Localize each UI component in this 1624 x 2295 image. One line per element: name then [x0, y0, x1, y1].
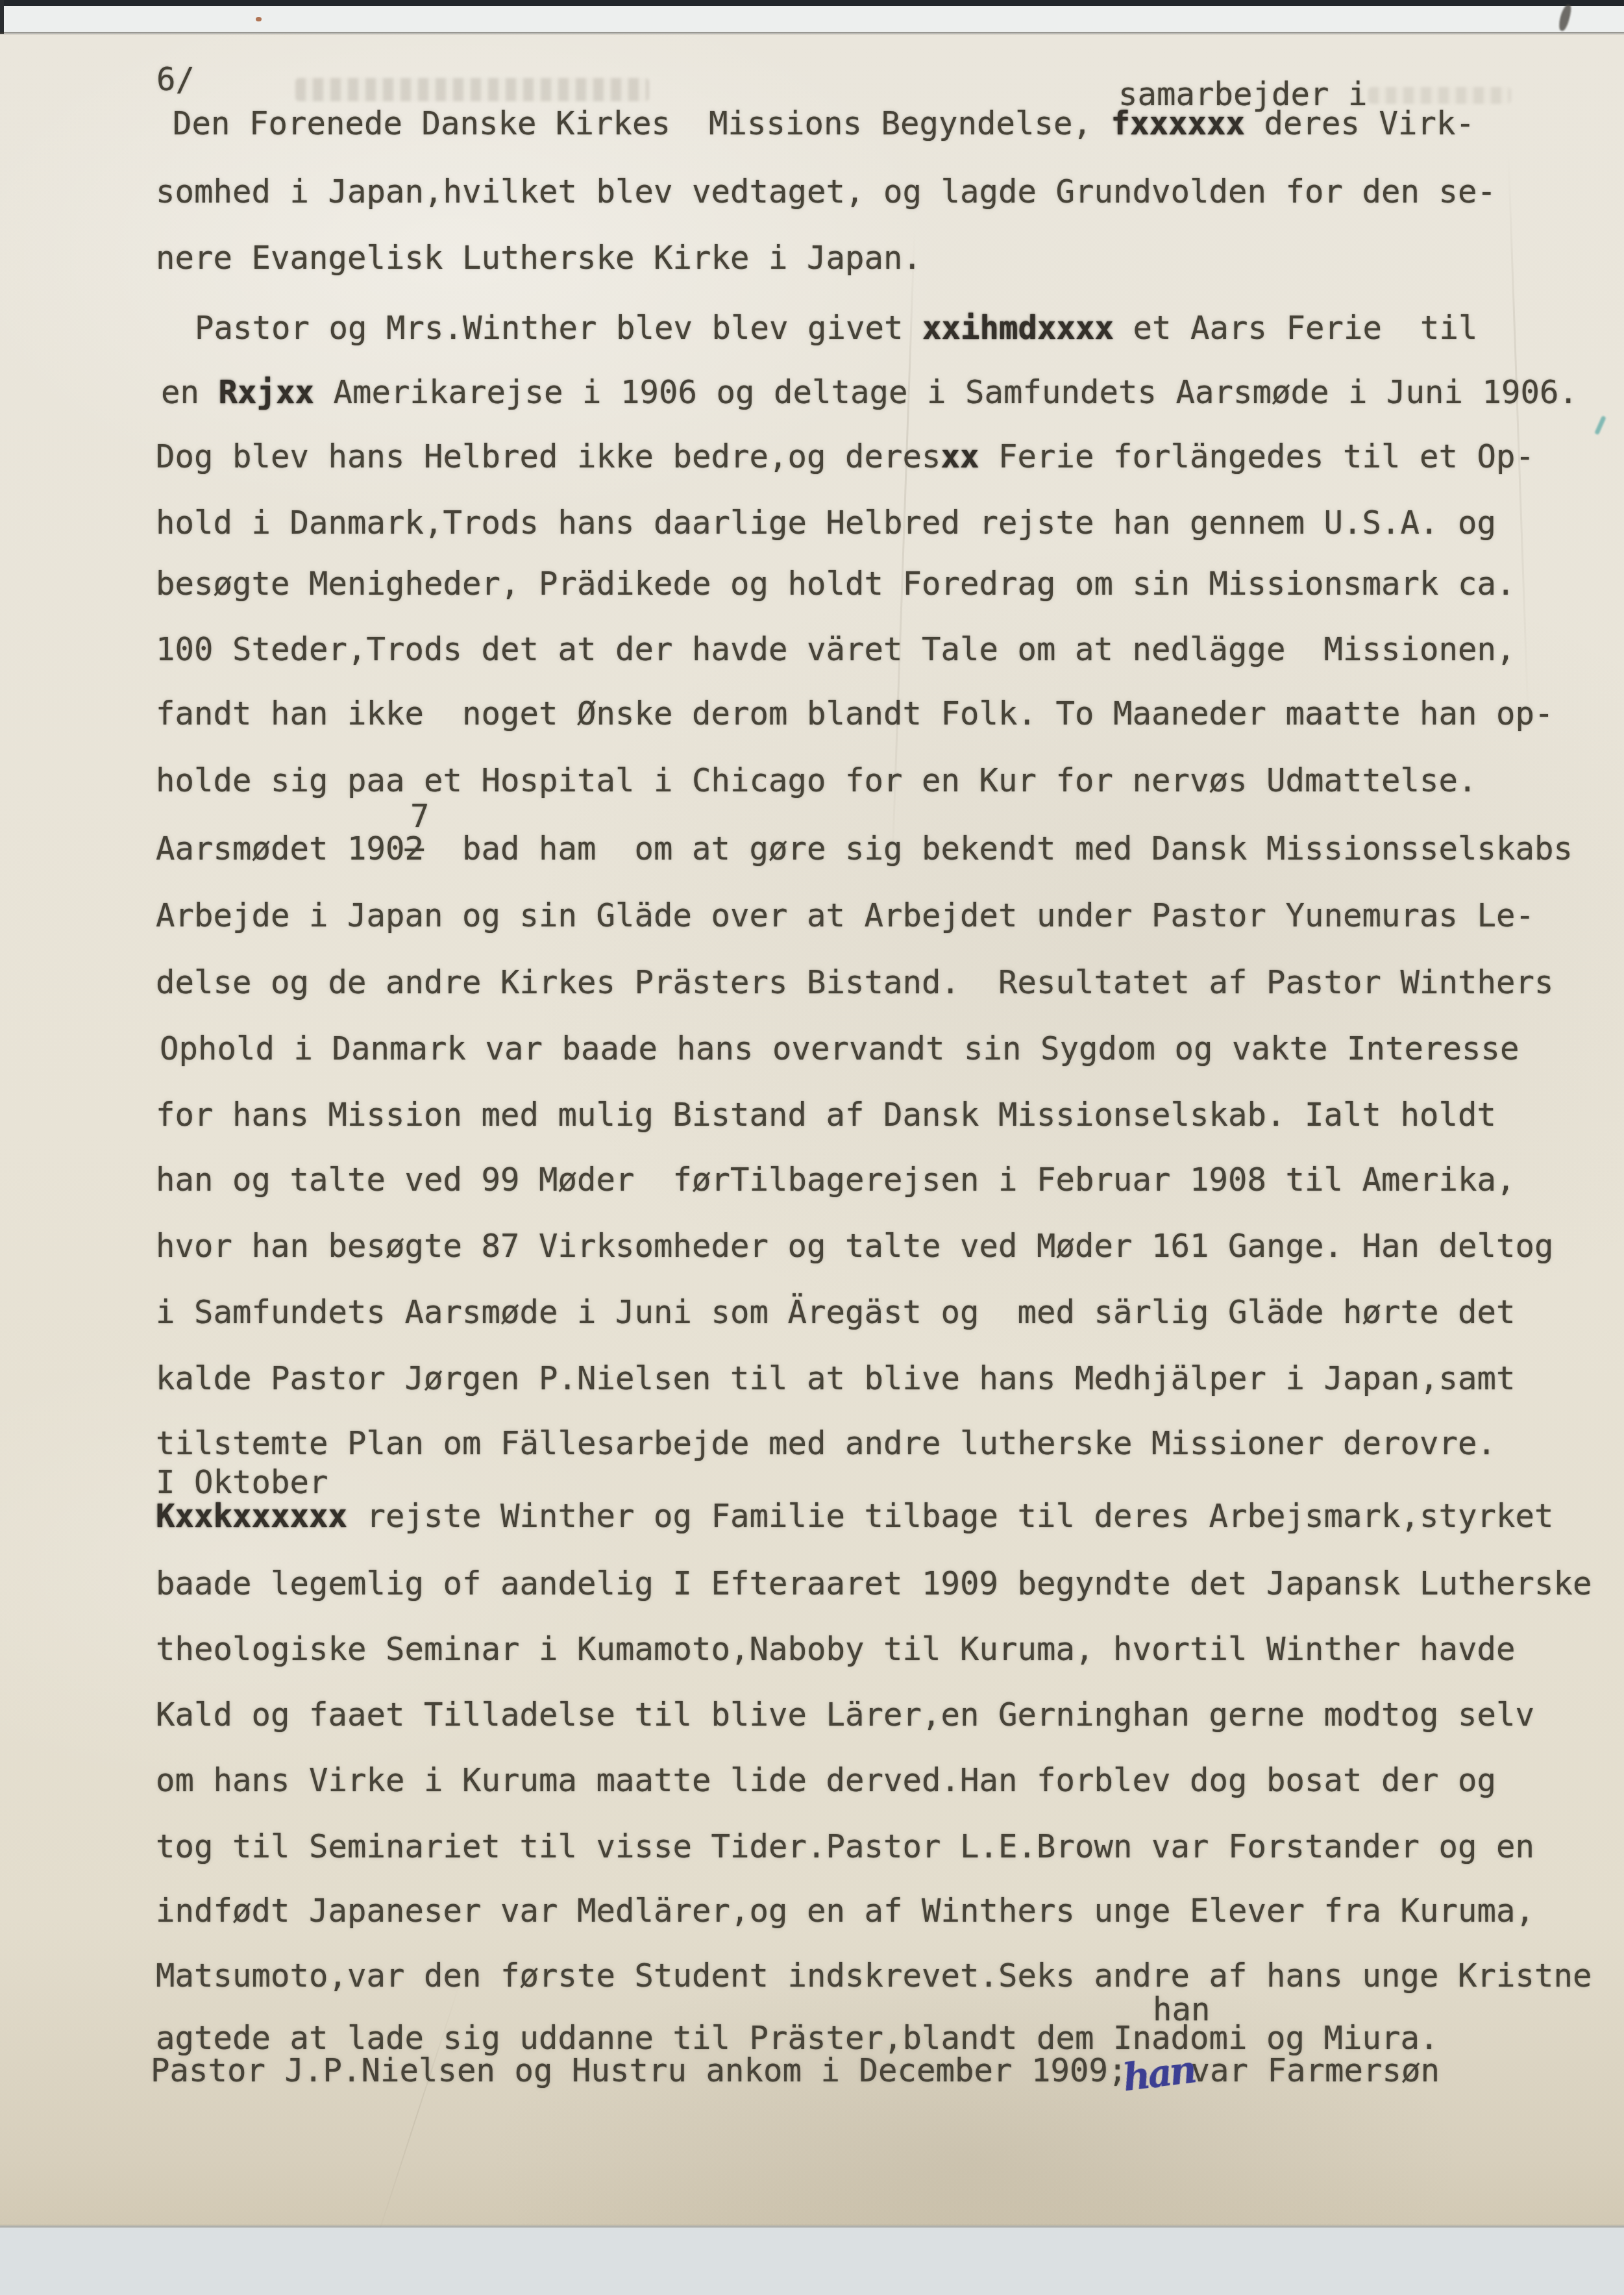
typed-text: delse og de andre Kirkes Prästers Bistan…: [156, 964, 1554, 1001]
typed-text: kalde Pastor Jørgen P.Nielsen til at bli…: [156, 1360, 1516, 1397]
typed-text: 7: [410, 798, 430, 835]
text-line: Dog blev hans Helbred ikke bedre,og dere…: [156, 439, 1534, 475]
handwritten-word: han: [1121, 2051, 1196, 2096]
text-line: holde sig paa et Hospital i Chicago for …: [156, 763, 1477, 799]
typed-text: nere Evangelisk Lutherske Kirke i Japan.: [156, 240, 922, 277]
inserted-line-i-oktober: I Oktober: [156, 1465, 328, 1501]
typed-text: om hans Virke i Kuruma maatte lide derve…: [156, 1762, 1496, 1799]
text-line: baade legemlig of aandelig I Efteraaret …: [156, 1566, 1592, 1602]
teal-ink-mark: [1594, 416, 1606, 435]
text-line: Aarsmødet 1902 bad ham om at gøre sig be…: [156, 831, 1573, 867]
scanner-edge-bottom: [0, 2227, 1624, 2295]
text-line: tog til Seminariet til visse Tider.Pasto…: [156, 1829, 1534, 1865]
typed-text: Amerikarejse i 1906 og deltage i Samfund…: [314, 374, 1578, 411]
typed-text: Ferie forlängedes til et Op-: [979, 438, 1535, 475]
text-line: for hans Mission med mulig Bistand af Da…: [156, 1097, 1496, 1134]
typed-text: Pastor og Mrs.Winther blev blev givet: [195, 310, 922, 347]
typed-text: han og talte ved 99 Møder førTilbagerejs…: [156, 1161, 1516, 1198]
text-line: om hans Virke i Kuruma maatte lide derve…: [156, 1763, 1496, 1799]
typed-text: Dog blev hans Helbred ikke bedre,og dere…: [156, 438, 941, 475]
typed-text: bad ham om at gøre sig bekendt med Dansk…: [424, 830, 1573, 867]
text-line: 100 Steder,Trods det at der havde väret …: [156, 632, 1516, 668]
typed-text: tilstemte Plan om Fällesarbejde med andr…: [156, 1425, 1496, 1462]
scan-border-left: [0, 0, 4, 36]
typed-text: Arbejde i Japan og sin Gläde over at Arb…: [156, 897, 1534, 934]
typed-text: hvor han besøgte 87 Virksomheder og talt…: [156, 1228, 1554, 1265]
text-line: Arbejde i Japan og sin Gläde over at Arb…: [156, 898, 1534, 934]
typed-text: et Aars Ferie til: [1114, 310, 1478, 347]
text-line: han og talte ved 99 Møder førTilbagerejs…: [156, 1162, 1516, 1198]
typed-text: hold i Danmark,Trods hans daarlige Helbr…: [156, 504, 1496, 541]
typed-text: deres Virk-: [1245, 105, 1475, 142]
text-line: indfødt Japaneser var Medlärer,og en af …: [156, 1893, 1534, 1929]
text-line: Pastor og Mrs.Winther blev blev givet xx…: [195, 310, 1478, 347]
typed-text: indfødt Japaneser var Medlärer,og en af …: [156, 1892, 1534, 1929]
typed-text: Ophold i Danmark var baade hans overvand…: [160, 1030, 1519, 1067]
paper-crease: [369, 1976, 463, 2260]
scanned-typewritten-page: { "page": { "page_number": "6/", "colors…: [0, 0, 1624, 2295]
typed-text: en: [161, 374, 219, 411]
page-number: 6/: [156, 62, 195, 98]
overstruck-word: Rxjxx: [219, 374, 315, 411]
erased-text-smudge: [1368, 87, 1511, 104]
red-speck: [256, 17, 262, 21]
text-line: Ophold i Danmark var baade hans overvand…: [160, 1031, 1519, 1067]
typed-text: fandt han ikke noget Ønske derom blandt …: [156, 695, 1554, 732]
paper-top-edge-shadow: [0, 32, 1624, 35]
overstruck-word: fxxxxxx: [1111, 105, 1246, 142]
text-line: nere Evangelisk Lutherske Kirke i Japan.: [156, 240, 922, 277]
text-line: delse og de andre Kirkes Prästers Bistan…: [156, 965, 1554, 1001]
typed-text: rejste Winther og Familie tilbage til de…: [347, 1498, 1554, 1535]
scan-border-top: [0, 0, 1624, 6]
typed-text: baade legemlig of aandelig I Efteraaret …: [156, 1565, 1592, 1602]
overstruck-word: xxihmdxxxx: [922, 310, 1114, 347]
paper-page: 6/samarbejder iDen Forenede Danske Kirke…: [0, 34, 1624, 2226]
text-line: Kald og faaet Tilladelse til blive Lärer…: [156, 1697, 1534, 1733]
typed-text: 100 Steder,Trods det at der havde väret …: [156, 631, 1516, 668]
typed-text: Pastor J.P.Nielsen og Hustru ankom i Dec…: [151, 2052, 1127, 2089]
text-line: en Rxjxx Amerikarejse i 1906 og deltage …: [161, 375, 1578, 411]
typed-text: Aarsmødet 190: [156, 830, 405, 867]
overstruck-word: xx: [941, 438, 979, 475]
typed-text: 2: [405, 830, 424, 867]
text-line: fandt han ikke noget Ønske derom blandt …: [156, 696, 1554, 732]
text-line: hold i Danmark,Trods hans daarlige Helbr…: [156, 505, 1496, 541]
typed-text: somhed i Japan,hvilket blev vedtaget, og…: [156, 173, 1496, 210]
typed-text: for hans Mission med mulig Bistand af Da…: [156, 1097, 1496, 1134]
text-line: tilstemte Plan om Fällesarbejde med andr…: [156, 1426, 1496, 1462]
text-line: theologiske Seminar i Kumamoto,Naboby ti…: [156, 1631, 1516, 1668]
text-line: Matsumoto,var den første Student indskre…: [156, 1958, 1592, 1994]
typed-text: Kald og faaet Tilladelse til blive Lärer…: [156, 1696, 1534, 1733]
typed-text: holde sig paa et Hospital i Chicago for …: [156, 762, 1477, 799]
text-line: Pastor J.P.Nielsen og Hustru ankom i Dec…: [151, 2050, 1440, 2089]
typed-text: Matsumoto,var den første Student indskre…: [156, 1957, 1592, 1994]
text-line: kalde Pastor Jørgen P.Nielsen til at bli…: [156, 1361, 1516, 1397]
text-line: Den Forenede Danske Kirkes Missions Begy…: [173, 106, 1475, 142]
inserted-digit-7: 7: [410, 799, 430, 835]
typed-text: Den Forenede Danske Kirkes Missions Begy…: [173, 105, 1111, 142]
typed-text: tog til Seminariet til visse Tider.Pasto…: [156, 1828, 1534, 1865]
typed-text: besøgte Menigheder, Prädikede og holdt F…: [156, 565, 1516, 602]
text-line: i Samfundets Aarsmøde i Juni som Äregäst…: [156, 1295, 1516, 1331]
overstruck-word: Kxxkxxxxxx: [156, 1498, 347, 1535]
text-line: Kxxkxxxxxx rejste Winther og Familie til…: [156, 1498, 1554, 1535]
typed-text: 6/: [156, 61, 195, 98]
text-line: somhed i Japan,hvilket blev vedtaget, og…: [156, 174, 1496, 210]
text-line: hvor han besøgte 87 Virksomheder og talt…: [156, 1228, 1554, 1265]
typed-text: theologiske Seminar i Kumamoto,Naboby ti…: [156, 1631, 1516, 1668]
typed-text: I Oktober: [156, 1464, 328, 1501]
typed-text: var Farmersøn: [1190, 2052, 1440, 2089]
typed-text: i Samfundets Aarsmøde i Juni som Äregäst…: [156, 1294, 1516, 1331]
erased-text-smudge: [295, 78, 649, 101]
text-line: besøgte Menigheder, Prädikede og holdt F…: [156, 566, 1516, 602]
